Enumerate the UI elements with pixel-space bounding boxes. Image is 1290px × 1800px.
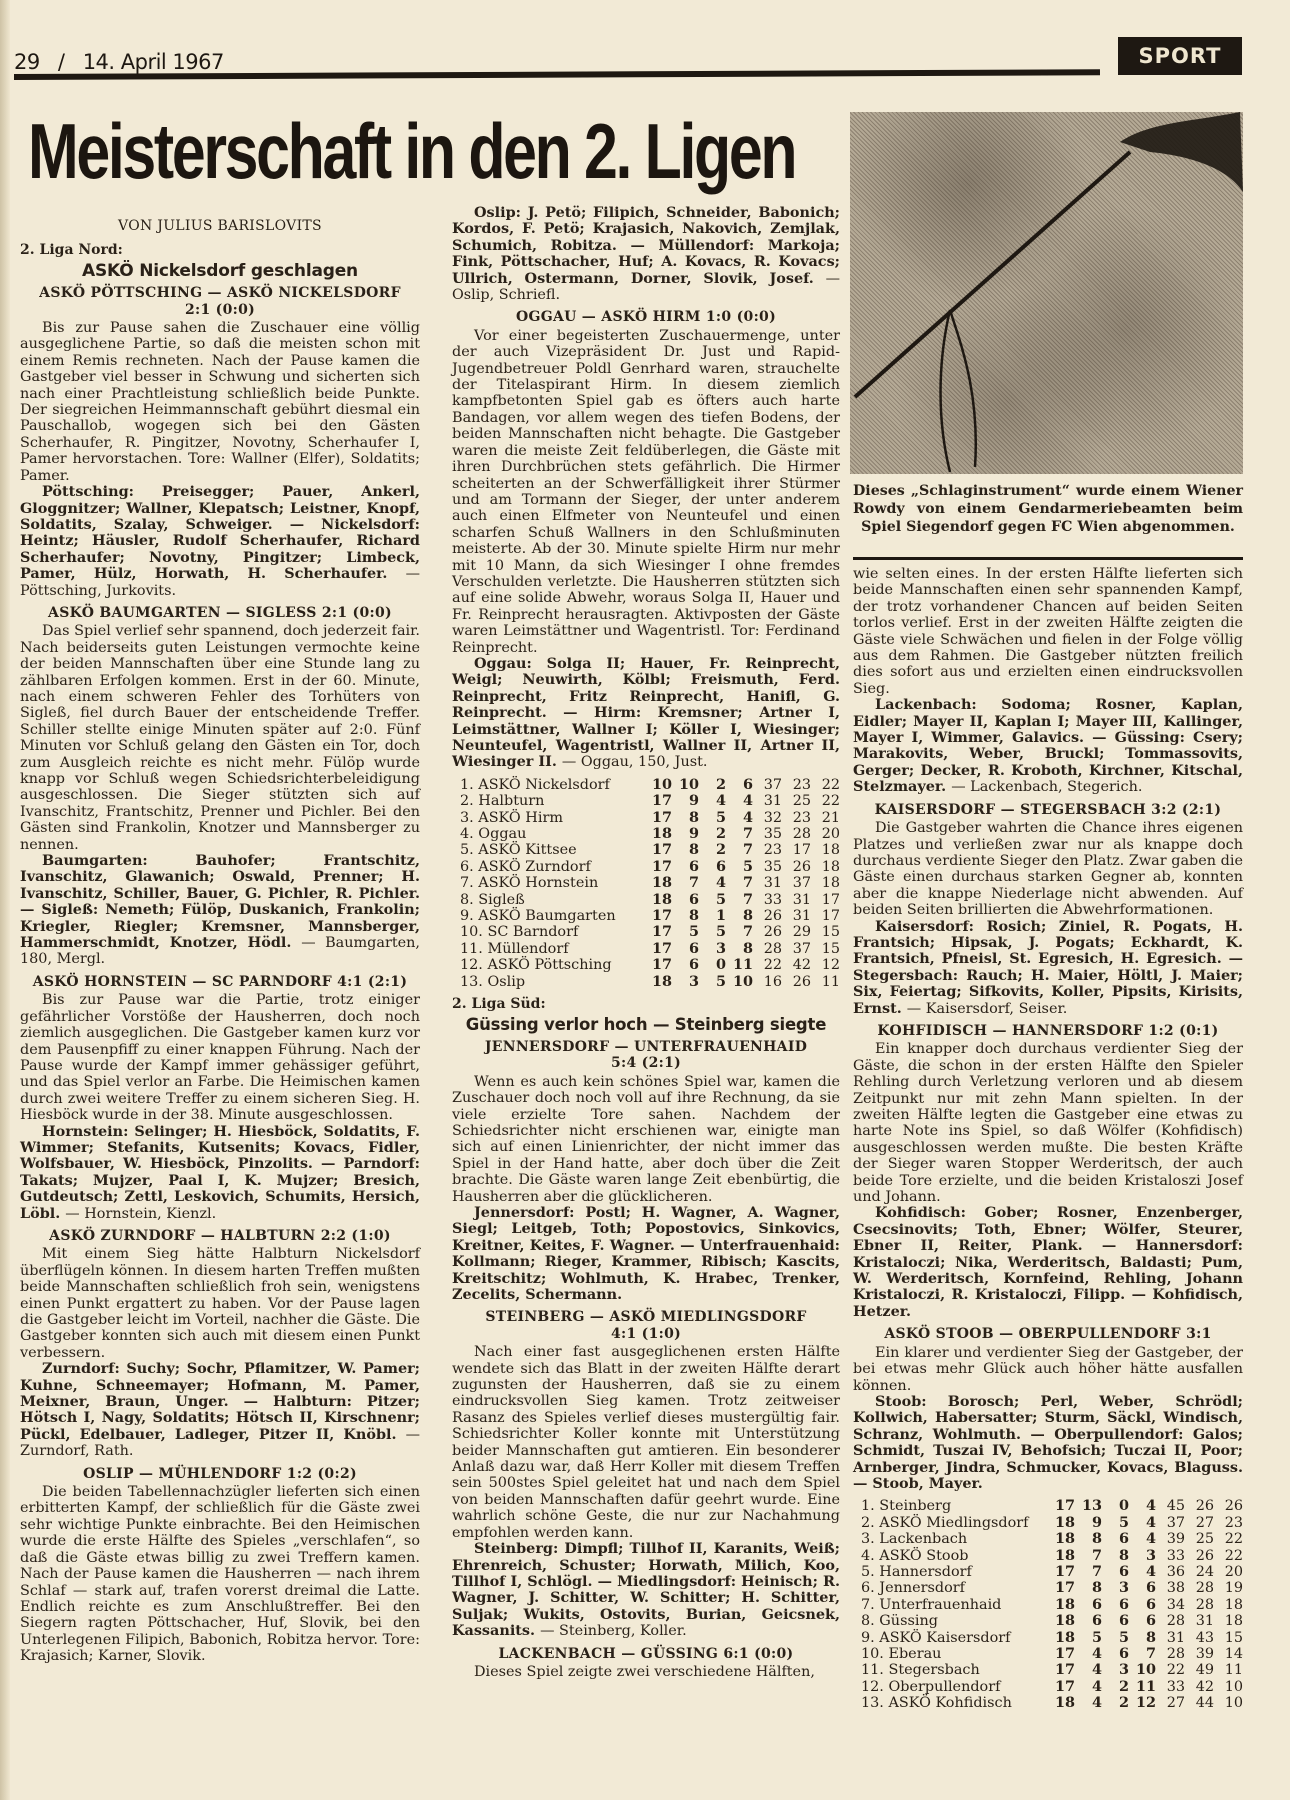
stat-s: 5 [1075,1630,1102,1646]
stat-pts: 17 [811,892,840,908]
stat-u: 3 [1102,1662,1129,1678]
stat-pts: 22 [811,777,840,793]
match-title: ASKÖ STOOB — OBERPULLENDORF 3:1 [853,1326,1243,1342]
match-text: Die beiden Tabellennachzügler lieferten … [20,1484,420,1664]
stat-s: 8 [672,842,699,858]
stat-ta: 31 [782,908,811,924]
team-name: 6. Jennersdorf [853,1580,1048,1596]
stat-sp: 17 [645,908,672,924]
team-name: 5. Hannersdorf [853,1564,1048,1580]
stat-n: 12 [1129,1695,1156,1711]
match-lineup: Steinberg: Dimpfl; Tillhof II, Karanits,… [452,1541,840,1639]
match-title: JENNERSDORF — UNTERFRAUENHAID 5:4 (2:1) [452,1039,840,1072]
team-name: 4. Oggau [452,826,645,842]
referee: — Oggau, 150, Just. [562,754,708,770]
stat-n: 10 [726,974,753,990]
stat-pts: 15 [1214,1630,1243,1646]
standings-row: 12. Oberpullendorf174211334210 [853,1679,1243,1695]
stat-u: 5 [699,974,726,990]
stat-ta: 26 [1185,1498,1214,1514]
team-name: 4. ASKÖ Stoob [853,1548,1048,1564]
stat-n: 8 [726,941,753,957]
match-title: KAISERSDORF — STEGERSBACH 3:2 (2:1) [853,802,1243,818]
stat-u: 4 [699,875,726,891]
stat-ta: 29 [782,924,811,940]
stat-n: 7 [1129,1646,1156,1662]
standings-row: 10. Eberau17467283914 [853,1646,1243,1662]
stat-s: 6 [672,859,699,875]
match-title: OGGAU — ASKÖ HIRM 1:0 (0:0) [452,309,840,325]
newspaper-page: 29 / 14. April 1967 SPORT Meisterschaft … [0,0,1290,1800]
stat-u: 3 [699,941,726,957]
photo-rope-whip-icon [850,112,1243,474]
match-lineup: Baumgarten: Bauhofer; Frantschitz, Ivans… [20,853,420,968]
issue-date: 14. April 1967 [83,50,224,74]
standings-row: 5. Hannersdorf17764362420 [853,1564,1243,1580]
team-name: 9. ASKÖ Baumgarten [452,908,645,924]
standings-row: 7. ASKÖ Hornstein18747313718 [452,875,840,891]
column-2: Oslip: J. Petö; Filipich, Schneider, Bab… [452,205,840,1680]
standings-row: 4. Oggau18927352820 [452,826,840,842]
stat-ta: 25 [1185,1531,1214,1547]
stat-u: 6 [1102,1597,1129,1613]
stat-tf: 34 [1156,1597,1185,1613]
stat-u: 6 [1102,1531,1129,1547]
match-lineup: Kaisersdorf: Rosich; Ziniel, R. Pogats, … [853,919,1243,1017]
stat-n: 7 [726,892,753,908]
stat-ta: 42 [1185,1679,1214,1695]
match-text: Vor einer begeisterten Zuschauermenge, u… [452,328,840,656]
stat-pts: 12 [811,957,840,973]
stat-ta: 37 [782,875,811,891]
stat-ta: 26 [782,974,811,990]
stat-n: 7 [726,875,753,891]
stat-pts: 18 [811,842,840,858]
stat-pts: 18 [811,875,840,891]
stat-ta: 26 [782,859,811,875]
stat-sp: 10 [645,777,672,793]
referee: — Hornstein, Kienzl. [65,1206,216,1222]
stat-s: 10 [672,777,699,793]
stat-ta: 28 [1185,1597,1214,1613]
stat-u: 6 [699,859,726,875]
match-score: 5:4 (2:1) [452,1055,840,1071]
page-number: 29 [14,50,40,74]
team-name: 2. Halbturn [452,793,645,809]
stat-pts: 15 [811,941,840,957]
stat-tf: 36 [1156,1564,1185,1580]
stat-n: 7 [726,924,753,940]
stat-u: 1 [699,908,726,924]
stat-tf: 26 [753,908,782,924]
match-lineup: Zurndorf: Suchy; Sochr, Pflamitzer, W. P… [20,1361,420,1459]
standings-row: 2. Halbturn17944312522 [452,793,840,809]
stat-sp: 18 [1048,1531,1075,1547]
standings-row: 8. Sigleß18657333117 [452,892,840,908]
section-badge: SPORT [1118,37,1242,75]
caption-rule [853,557,1243,560]
page-headline: Meisterschaft in den 2. Ligen [28,112,795,190]
stat-pts: 10 [1214,1695,1243,1711]
standings-table-nord: 1. ASKÖ Nickelsdorf1010263723222. Halbtu… [452,777,840,990]
standings-row: 13. ASKÖ Kohfidisch184212274410 [853,1695,1243,1711]
stat-s: 6 [1075,1597,1102,1613]
team-name: 11. Müllendorf [452,941,645,957]
stat-pts: 22 [1214,1531,1243,1547]
match-score: 4:1 (1:0) [452,1326,840,1342]
stat-n: 11 [726,957,753,973]
team-name: 8. Güssing [853,1613,1048,1629]
stat-ta: 25 [782,793,811,809]
standings-row: 10. SC Barndorf17557262915 [452,924,840,940]
subhead-sued: Güssing verlor hoch — Steinberg siegte [452,1017,840,1033]
stat-pts: 20 [1214,1564,1243,1580]
stat-tf: 22 [753,957,782,973]
stat-s: 3 [672,974,699,990]
stat-n: 7 [726,842,753,858]
stat-u: 2 [1102,1695,1129,1711]
stat-pts: 21 [811,810,840,826]
match-title: OSLIP — MÜHLENDORF 1:2 (0:2) [20,1466,420,1482]
stat-sp: 17 [645,941,672,957]
stat-n: 11 [1129,1679,1156,1695]
team-name: 1. ASKÖ Nickelsdorf [452,777,645,793]
stat-tf: 27 [1156,1695,1185,1711]
match-title: STEINBERG — ASKÖ MIEDLINGSDORF 4:1 (1:0) [452,1309,840,1342]
column-1: VON JULIUS BARISLOVITS 2. Liga Nord: ASK… [20,212,420,1665]
stat-s: 9 [672,793,699,809]
stat-s: 8 [1075,1531,1102,1547]
stat-sp: 18 [645,875,672,891]
standings-row: 6. Jennersdorf17836382819 [853,1580,1243,1596]
stat-sp: 18 [1048,1548,1075,1564]
stat-pts: 18 [811,859,840,875]
team-name: 12. Oberpullendorf [853,1679,1048,1695]
stat-ta: 37 [782,941,811,957]
standings-row: 9. ASKÖ Kaisersdorf18558314315 [853,1630,1243,1646]
stat-pts: 19 [1214,1580,1243,1596]
stat-u: 6 [1102,1646,1129,1662]
match-text: Bis zur Pause sahen die Zuschauer eine v… [20,320,420,484]
league-label-sued: 2. Liga Süd: [452,996,840,1012]
stat-tf: 31 [753,875,782,891]
match-report: ASKÖ PÖTTSCHING — ASKÖ NICKELSDORF 2:1 (… [20,285,420,599]
stat-sp: 17 [1048,1679,1075,1695]
stat-sp: 18 [645,892,672,908]
match-text: Dieses Spiel zeigte zwei verschiedene Hä… [452,1664,840,1680]
standings-row: 8. Güssing18666283118 [853,1613,1243,1629]
stat-ta: 31 [782,892,811,908]
match-report: JENNERSDORF — UNTERFRAUENHAID 5:4 (2:1) … [452,1039,840,1304]
match-text: Bis zur Pause war die Partie, trotz eini… [20,992,420,1123]
stat-sp: 17 [1048,1564,1075,1580]
stat-tf: 16 [753,974,782,990]
match-lineup: Oggau: Solga II; Hauer, Fr. Reinprecht, … [452,656,840,771]
stat-n: 5 [726,859,753,875]
stat-u: 6 [1102,1564,1129,1580]
match-text: Ein klarer und verdienter Sieg der Gastg… [853,1345,1243,1394]
stat-pts: 20 [811,826,840,842]
stat-s: 6 [672,957,699,973]
match-report: LACKENBACH — GÜSSING 6:1 (0:0) Dieses Sp… [452,1646,840,1681]
stat-n: 4 [1129,1515,1156,1531]
stat-s: 4 [1075,1679,1102,1695]
match-text: Das Spiel verlief sehr spannend, doch je… [20,623,420,853]
match-lineup: Lackenbach: Sodoma; Rosner, Kaplan, Eidl… [853,697,1243,795]
match-lineup: Oslip: J. Petö; Filipich, Schneider, Bab… [452,205,840,303]
stat-sp: 18 [1048,1613,1075,1629]
stat-pts: 10 [1214,1679,1243,1695]
standings-row: 1. ASKÖ Nickelsdorf101026372322 [452,777,840,793]
stat-tf: 33 [1156,1548,1185,1564]
stat-s: 7 [1075,1564,1102,1580]
team-name: 11. Stegersbach [853,1662,1048,1678]
stat-s: 6 [1075,1613,1102,1629]
stat-ta: 49 [1185,1662,1214,1678]
team-name: 6. ASKÖ Zurndorf [452,859,645,875]
page-binding-edge [0,0,10,1800]
stat-n: 4 [726,793,753,809]
stat-ta: 23 [782,777,811,793]
stat-tf: 31 [1156,1630,1185,1646]
stat-tf: 28 [1156,1646,1185,1662]
stat-n: 4 [1129,1564,1156,1580]
stat-tf: 22 [1156,1662,1185,1678]
byline: VON JULIUS BARISLOVITS [20,218,420,234]
stat-sp: 18 [645,826,672,842]
stat-sp: 17 [645,793,672,809]
stat-s: 13 [1075,1498,1102,1514]
team-name: 12. ASKÖ Pöttsching [452,957,645,973]
stat-u: 8 [1102,1548,1129,1564]
team-name: 3. ASKÖ Hirm [452,810,645,826]
match-title: ASKÖ HORNSTEIN — SC PARNDORF 4:1 (2:1) [20,974,420,990]
stat-pts: 23 [1214,1515,1243,1531]
stat-sp: 18 [1048,1695,1075,1711]
stat-ta: 42 [782,957,811,973]
team-name: 10. SC Barndorf [452,924,645,940]
stat-sp: 17 [1048,1580,1075,1596]
stat-pts: 22 [811,793,840,809]
stat-ta: 17 [782,842,811,858]
stat-pts: 26 [1214,1498,1243,1514]
match-text: wie selten eines. In der ersten Hälfte l… [853,566,1243,697]
stat-n: 3 [1129,1548,1156,1564]
stat-tf: 38 [1156,1580,1185,1596]
masthead-separator: / [58,50,65,74]
standings-row: 12. ASKÖ Pöttsching176011224212 [452,957,840,973]
stat-u: 2 [1102,1679,1129,1695]
stat-s: 8 [672,810,699,826]
stat-tf: 26 [753,924,782,940]
stat-tf: 35 [753,859,782,875]
stat-u: 5 [699,810,726,826]
stat-sp: 18 [1048,1597,1075,1613]
stat-u: 5 [699,892,726,908]
stat-sp: 18 [645,974,672,990]
stat-tf: 39 [1156,1531,1185,1547]
stat-pts: 18 [1214,1613,1243,1629]
stat-tf: 37 [1156,1515,1185,1531]
match-text: Die Gastgeber wahrten die Chance ihres e… [853,820,1243,918]
stat-s: 4 [1075,1695,1102,1711]
stat-pts: 18 [1214,1597,1243,1613]
stat-n: 6 [1129,1580,1156,1596]
team-name: 2. ASKÖ Miedlingsdorf [853,1515,1048,1531]
stat-ta: 39 [1185,1646,1214,1662]
match-lineup: Hornstein: Selinger; H. Hiesböck, Soldat… [20,1124,420,1222]
stat-n: 10 [1129,1662,1156,1678]
stat-tf: 33 [1156,1679,1185,1695]
stat-tf: 31 [753,793,782,809]
stat-u: 2 [699,777,726,793]
stat-s: 9 [672,826,699,842]
team-name: 5. ASKÖ Kittsee [452,842,645,858]
match-title: ASKÖ PÖTTSCHING — ASKÖ NICKELSDORF 2:1 (… [20,285,420,318]
stat-s: 4 [1075,1662,1102,1678]
stat-s: 6 [672,892,699,908]
team-name: 3. Lackenbach [853,1531,1048,1547]
match-lineup: Pöttsching: Preisegger; Pauer, Ankerl, G… [20,484,420,599]
stat-pts: 11 [811,974,840,990]
stat-u: 0 [699,957,726,973]
stat-u: 3 [1102,1580,1129,1596]
stat-n: 8 [1129,1630,1156,1646]
stat-pts: 11 [1214,1662,1243,1678]
standings-row: 4. ASKÖ Stoob18783332622 [853,1548,1243,1564]
photo-caption: Dieses „Schlaginstrument“ wurde einem Wi… [853,482,1243,536]
stat-s: 6 [672,941,699,957]
match-report: ASKÖ BAUMGARTEN — SIGLESS 2:1 (0:0) Das … [20,605,420,968]
stat-u: 2 [699,826,726,842]
stat-tf: 37 [753,777,782,793]
news-photo [850,112,1243,474]
standings-row: 2. ASKÖ Miedlingsdorf18954372723 [853,1515,1243,1531]
stat-ta: 31 [1185,1613,1214,1629]
standings-table-sued: 1. Steinberg1713044526262. ASKÖ Miedling… [853,1498,1243,1711]
stat-sp: 17 [645,810,672,826]
stat-s: 4 [1075,1646,1102,1662]
stat-ta: 24 [1185,1564,1214,1580]
match-text: Ein knapper doch durchaus verdienter Sie… [853,1041,1243,1205]
match-report: OSLIP — MÜHLENDORF 1:2 (0:2) Die beiden … [20,1466,420,1665]
match-lineup: Jennersdorf: Postl; H. Wagner, A. Wagner… [452,1205,840,1303]
referee: — Steinberg, Koller. [540,1623,687,1639]
stat-ta: 28 [782,826,811,842]
match-report: ASKÖ STOOB — OBERPULLENDORF 3:1 Ein klar… [853,1326,1243,1492]
team-name: 13. Oslip [452,974,645,990]
stat-n: 6 [1129,1613,1156,1629]
stat-pts: 14 [1214,1646,1243,1662]
match-report: OGGAU — ASKÖ HIRM 1:0 (0:0) Vor einer be… [452,309,840,770]
standings-row: 3. ASKÖ Hirm17854322321 [452,810,840,826]
stat-tf: 28 [753,941,782,957]
match-text: Mit einem Sieg hätte Halbturn Nickelsdor… [20,1246,420,1361]
stat-n: 7 [726,826,753,842]
match-score: 2:1 (0:0) [20,302,420,318]
team-name: 7. ASKÖ Hornstein [452,875,645,891]
team-name: 13. ASKÖ Kohfidisch [853,1695,1048,1711]
referee: — Kaisersdorf, Seiser. [907,1001,1068,1017]
standings-row: 13. Oslip183510162611 [452,974,840,990]
standings-row: 5. ASKÖ Kittsee17827231718 [452,842,840,858]
stat-pts: 17 [811,908,840,924]
standings-row: 3. Lackenbach18864392522 [853,1531,1243,1547]
stat-tf: 33 [753,892,782,908]
match-title: ASKÖ ZURNDORF — HALBTURN 2:2 (1:0) [20,1228,420,1244]
stat-sp: 17 [645,859,672,875]
stat-u: 0 [1102,1498,1129,1514]
team-name: 9. ASKÖ Kaisersdorf [853,1630,1048,1646]
stat-ta: 27 [1185,1515,1214,1531]
match-report: ASKÖ ZURNDORF — HALBTURN 2:2 (1:0) Mit e… [20,1228,420,1460]
stat-s: 8 [1075,1580,1102,1596]
match-title: LACKENBACH — GÜSSING 6:1 (0:0) [452,1646,840,1662]
stat-n: 6 [1129,1597,1156,1613]
stat-sp: 17 [1048,1498,1075,1514]
stat-u: 2 [699,842,726,858]
stat-sp: 17 [645,957,672,973]
league-label-nord: 2. Liga Nord: [20,242,420,258]
standings-row: 11. Müllendorf17638283715 [452,941,840,957]
stat-sp: 17 [645,842,672,858]
stat-pts: 22 [1214,1548,1243,1564]
stat-u: 5 [1102,1515,1129,1531]
stat-u: 5 [699,924,726,940]
stat-s: 5 [672,924,699,940]
stat-ta: 44 [1185,1695,1214,1711]
team-name: 7. Unterfrauenhaid [853,1597,1048,1613]
column-3: wie selten eines. In der ersten Hälfte l… [853,566,1243,1718]
stat-u: 6 [1102,1613,1129,1629]
standings-row: 6. ASKÖ Zurndorf17665352618 [452,859,840,875]
masthead: 29 / 14. April 1967 [14,50,224,74]
standings-row: 9. ASKÖ Baumgarten17818263117 [452,908,840,924]
match-lineup: Stoob: Borosch; Perl, Weber, Schrödl; Ko… [853,1394,1243,1492]
stat-ta: 43 [1185,1630,1214,1646]
stat-sp: 17 [645,924,672,940]
team-name: 8. Sigleß [452,892,645,908]
match-report: STEINBERG — ASKÖ MIEDLINGSDORF 4:1 (1:0)… [452,1309,840,1639]
team-name: 1. Steinberg [853,1498,1048,1514]
match-report: KOHFIDISCH — HANNERSDORF 1:2 (0:1) Ein k… [853,1023,1243,1320]
match-report: ASKÖ HORNSTEIN — SC PARNDORF 4:1 (2:1) B… [20,974,420,1222]
standings-row: 1. Steinberg171304452626 [853,1498,1243,1514]
stat-s: 7 [672,875,699,891]
stat-pts: 15 [811,924,840,940]
stat-n: 4 [1129,1498,1156,1514]
stat-n: 8 [726,908,753,924]
stat-sp: 17 [1048,1646,1075,1662]
standings-row: 7. Unterfrauenhaid18666342818 [853,1597,1243,1613]
stat-sp: 18 [1048,1630,1075,1646]
subhead-nord: ASKÖ Nickelsdorf geschlagen [20,263,420,279]
team-name: 10. Eberau [853,1646,1048,1662]
stat-tf: 32 [753,810,782,826]
stat-tf: 28 [1156,1613,1185,1629]
stat-n: 6 [726,777,753,793]
match-report: KAISERSDORF — STEGERSBACH 3:2 (2:1) Die … [853,802,1243,1017]
stat-n: 4 [726,810,753,826]
stat-n: 4 [1129,1531,1156,1547]
stat-sp: 17 [1048,1662,1075,1678]
stat-s: 9 [1075,1515,1102,1531]
stat-ta: 23 [782,810,811,826]
standings-row: 11. Stegersbach174310224911 [853,1662,1243,1678]
stat-ta: 28 [1185,1580,1214,1596]
match-text: Wenn es auch kein schönes Spiel war, kam… [452,1074,840,1205]
referee: — Lackenbach, Stegerich. [951,779,1142,795]
